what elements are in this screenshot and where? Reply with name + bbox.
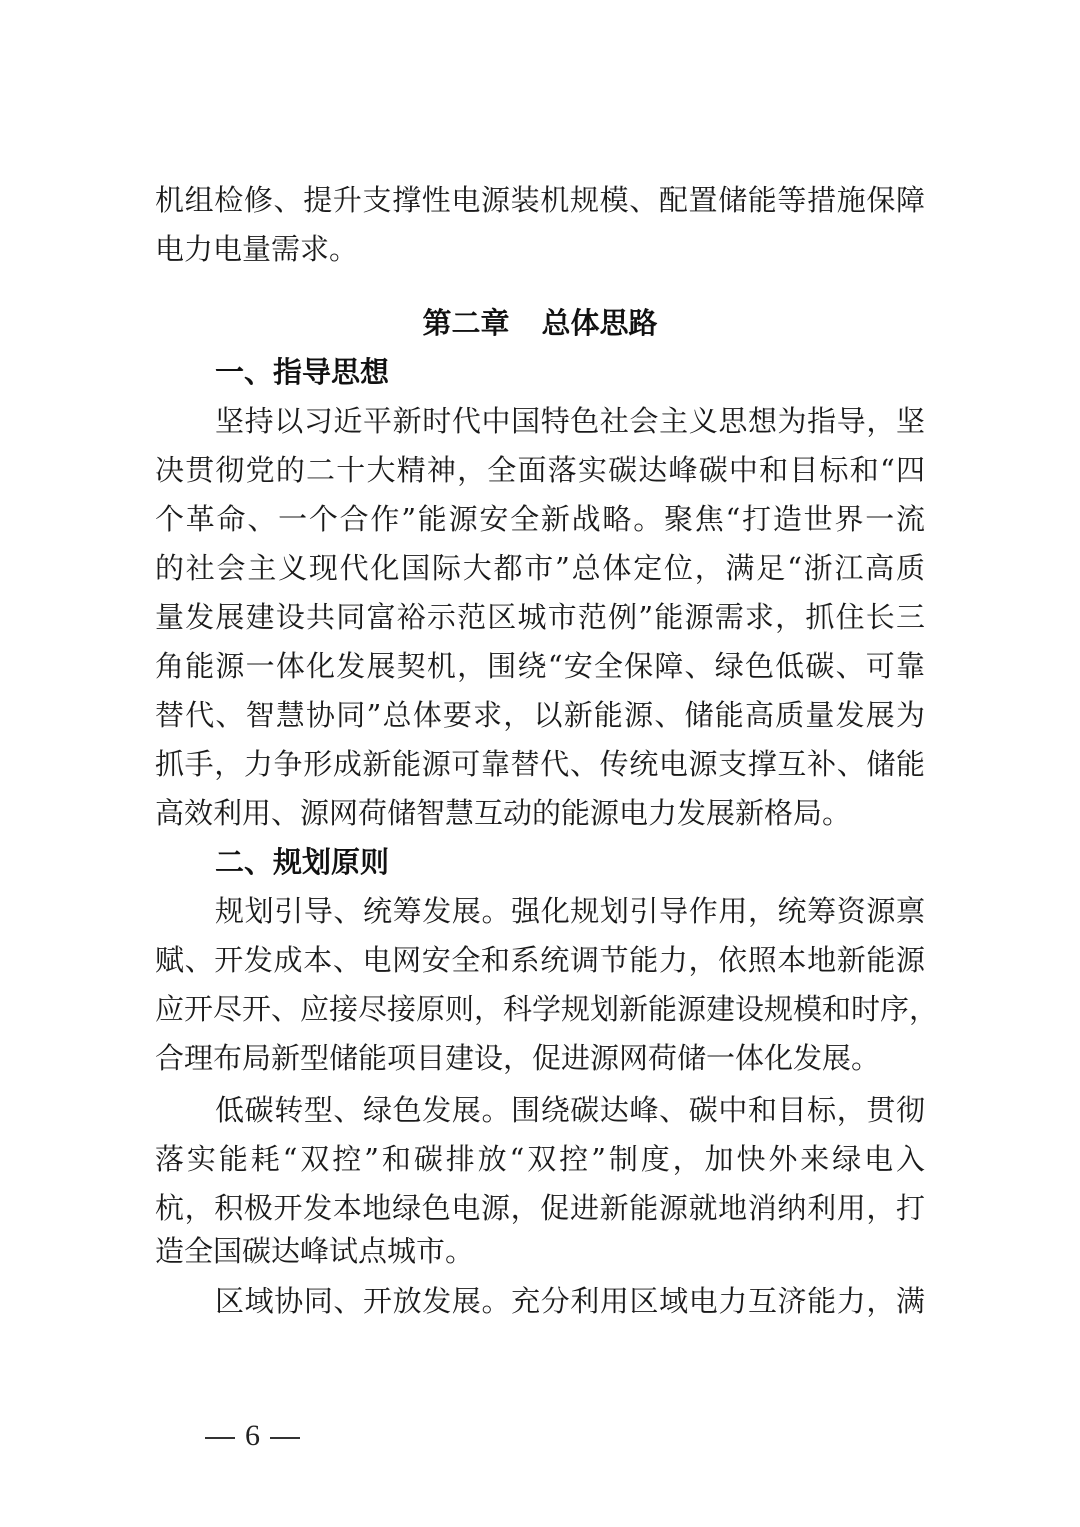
chapter-title: 第二章总体思路 — [0, 303, 1080, 343]
paragraph-line: 的社会主义现代化国际大都市”总体定位，满足“浙江高质 — [155, 548, 925, 588]
paragraph-line: 抓手，力争形成新能源可靠替代、传统电源支撑互补、储能 — [155, 744, 925, 784]
paragraph-line: 低碳转型、绿色发展。围绕碳达峰、碳中和目标，贯彻 — [215, 1090, 925, 1130]
paragraph-line: 规划引导、统筹发展。强化规划引导作用，统筹资源禀 — [215, 891, 925, 931]
dash-right — [270, 1437, 300, 1439]
paragraph-line: 高效利用、源网荷储智慧互动的能源电力发展新格局。 — [155, 793, 925, 833]
paragraph-line: 量发展建设共同富裕示范区城市范例”能源需求，抓住长三 — [155, 597, 925, 637]
paragraph-line: 机组检修、提升支撑性电源装机规模、配置储能等措施保障 — [155, 180, 925, 220]
chapter-number: 第二章 — [422, 306, 509, 340]
dash-left — [205, 1437, 235, 1439]
paragraph-line: 赋、开发成本、电网安全和系统调节能力，依照本地新能源 — [155, 940, 925, 980]
paragraph-line: 应开尽开、应接尽接原则，科学规划新能源建设规模和时序， — [155, 989, 925, 1029]
paragraph-line: 电力电量需求。 — [155, 229, 925, 269]
paragraph-line: 替代、智慧协同”总体要求，以新能源、储能高质量发展为 — [155, 695, 925, 735]
paragraph-line: 决贯彻党的二十大精神，全面落实碳达峰碳中和目标和“四 — [155, 450, 925, 490]
paragraph-line: 区域协同、开放发展。充分利用区域电力互济能力，满 — [215, 1281, 925, 1321]
section-heading-guiding-ideology: 一、指导思想 — [215, 352, 389, 392]
chapter-name: 总体思路 — [542, 306, 658, 340]
paragraph-line: 造全国碳达峰试点城市。 — [155, 1231, 925, 1271]
page-number: 6 — [195, 1416, 310, 1456]
paragraph-line: 角能源一体化发展契机，围绕“安全保障、绿色低碳、可靠 — [155, 646, 925, 686]
paragraph-line: 个革命、一个合作”能源安全新战略。聚焦“打造世界一流 — [155, 499, 925, 539]
paragraph-line: 落实能耗“双控”和碳排放“双控”制度，加快外来绿电入 — [155, 1139, 925, 1179]
document-page: 机组检修、提升支撑性电源装机规模、配置储能等措施保障 电力电量需求。 第二章总体… — [0, 0, 1080, 1527]
section-heading-planning-principles: 二、规划原则 — [215, 842, 389, 882]
paragraph-line: 坚持以习近平新时代中国特色社会主义思想为指导，坚 — [215, 401, 925, 441]
paragraph-line: 杭，积极开发本地绿色电源，促进新能源就地消纳利用，打 — [155, 1188, 925, 1228]
page-number-value: 6 — [245, 1419, 260, 1452]
paragraph-line: 合理布局新型储能项目建设，促进源网荷储一体化发展。 — [155, 1038, 925, 1078]
